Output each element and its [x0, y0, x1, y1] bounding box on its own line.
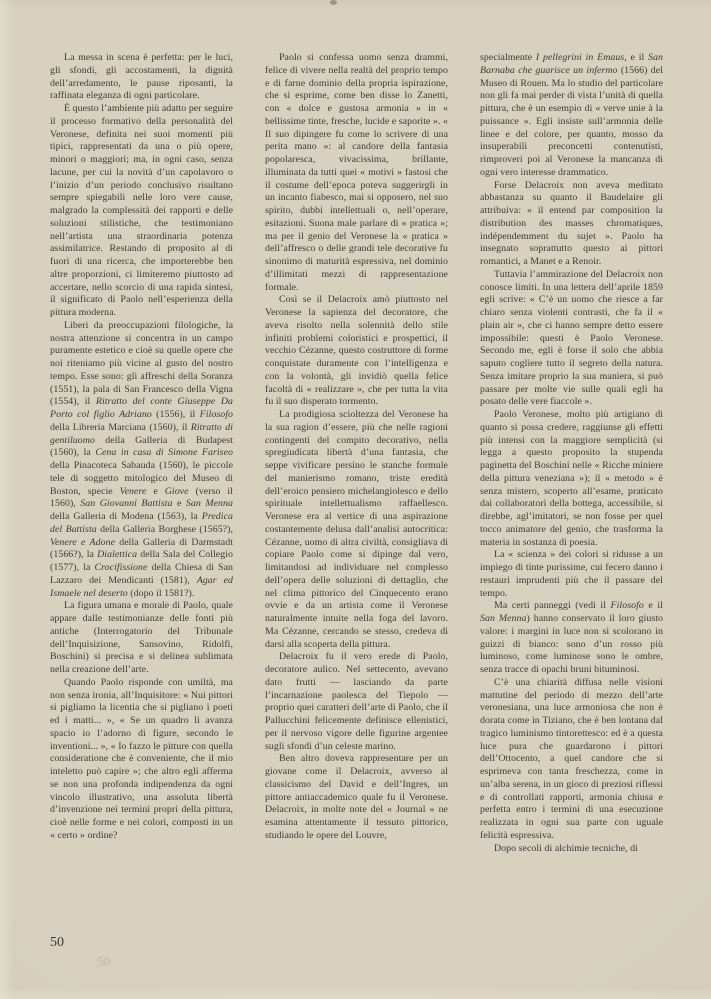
paragraph: specialmente I pellegrini in Emaus, e il…: [480, 52, 663, 180]
book-page: La messa in scena è perfetta: per le luc…: [0, 0, 711, 999]
paragraph: Paolo Veronese, molto più artigiano di q…: [480, 409, 663, 549]
page-number: 50: [50, 936, 64, 950]
text-column-left: La messa in scena è perfetta: per le luc…: [50, 52, 233, 930]
text-run: (1566) del Museo di Rouen. Ma lo studio …: [480, 65, 663, 178]
paragraph: La prodigiosa scioltezza del Veronese ha…: [265, 409, 448, 651]
paragraph: La figura umana e morale di Paolo, quale…: [50, 600, 233, 677]
paragraph: La messa in scena è perfetta: per le luc…: [50, 52, 233, 103]
italic-run: San Giovanni Battista: [80, 498, 172, 509]
text-run: Forse Delacroix non aveva meditato abbas…: [480, 180, 663, 268]
text-column-center: Paolo si confessa uomo senza drammi, fel…: [265, 52, 448, 930]
text-run: della Galleria di Modena (1563), la: [50, 511, 202, 522]
ghost-page-number-showthrough: 50: [97, 955, 111, 969]
italic-run: I pellegrini in Emaus: [536, 52, 624, 63]
text-run: Ma certi panneggi (vedi il: [494, 600, 611, 611]
italic-run: Venere e Adone: [50, 537, 115, 548]
text-run: Quando Paolo risponde con umiltà, ma non…: [50, 677, 233, 841]
italic-run: Cena in casa di Simone Fariseo: [95, 447, 233, 458]
paragraph: È questo l’ambiente più adatto per segui…: [50, 103, 233, 320]
italic-run: Venere: [120, 486, 147, 497]
paragraph: Dopo secoli di alchimie tecniche, di: [480, 843, 663, 856]
paragraph: C’è una chiarità diffusa nelle visioni m…: [480, 677, 663, 843]
text-run: La « scienza » dei colori si ridusse a u…: [480, 549, 663, 598]
text-run: La prodigiosa scioltezza del Veronese ha…: [265, 409, 448, 650]
text-run: (1556), il: [152, 409, 200, 420]
text-run: e: [173, 498, 186, 509]
paragraph: Tuttavia l’ammirazione del Delacroix non…: [480, 269, 663, 409]
italic-run: Dialettica: [97, 549, 137, 560]
text-columns: La messa in scena è perfetta: per le luc…: [50, 52, 663, 930]
text-run: Ben altro doveva rappresentare per un gi…: [265, 753, 448, 841]
italic-run: San Menna: [480, 613, 527, 624]
text-run: Liberi da preoccupazioni filologiche, la…: [50, 320, 233, 408]
paragraph: Quando Paolo risponde con umiltà, ma non…: [50, 677, 233, 843]
text-run: , e il: [624, 52, 648, 63]
paragraph: La « scienza » dei colori si ridusse a u…: [480, 549, 663, 600]
text-run: Paolo Veronese, molto più artigiano di q…: [480, 409, 663, 548]
paragraph: Ma certi panneggi (vedi il Filosofo e il…: [480, 600, 663, 677]
text-run: della Libreria Marciana (1560), il: [50, 422, 191, 433]
italic-run: Filosofo: [200, 409, 233, 420]
italic-run: Giove: [165, 486, 189, 497]
text-run: La figura umana e morale di Paolo, quale…: [50, 600, 233, 675]
paragraph: Forse Delacroix non aveva meditato abbas…: [480, 180, 663, 269]
text-run: Dopo secoli di alchimie tecniche, di: [494, 843, 638, 854]
text-run: e il: [644, 600, 663, 611]
italic-run: Crocifissione: [94, 562, 147, 573]
italic-run: Filosofo: [611, 600, 644, 611]
paragraph: Liberi da preoccupazioni filologiche, la…: [50, 320, 233, 601]
ink-speck: [330, 0, 337, 5]
text-run: Così se il Delacroix amò piuttosto nel V…: [265, 294, 448, 407]
text-run: La messa in scena è perfetta: per le luc…: [50, 52, 233, 101]
text-run: Delacroix fu il vero erede di Paolo, dec…: [265, 651, 448, 751]
text-run: della Galleria Borghese (1565?),: [97, 524, 233, 535]
paragraph: Paolo si confessa uomo senza drammi, fel…: [265, 52, 448, 294]
paragraph: Ben altro doveva rappresentare per un gi…: [265, 753, 448, 842]
paragraph: Così se il Delacroix amò piuttosto nel V…: [265, 294, 448, 409]
text-column-right: specialmente I pellegrini in Emaus, e il…: [480, 52, 663, 930]
text-run: e: [146, 486, 164, 497]
italic-run: San Menna: [186, 498, 233, 509]
text-run: È questo l’ambiente più adatto per segui…: [50, 103, 233, 318]
text-run: Paolo si confessa uomo senza drammi, fel…: [265, 52, 448, 293]
text-run: specialmente: [480, 52, 536, 63]
text-run: (dopo il 1581?).: [128, 588, 195, 599]
text-run: Tuttavia l’ammirazione del Delacroix non…: [480, 269, 663, 408]
paragraph: Delacroix fu il vero erede di Paolo, dec…: [265, 651, 448, 753]
text-run: C’è una chiarità diffusa nelle visioni m…: [480, 677, 663, 841]
